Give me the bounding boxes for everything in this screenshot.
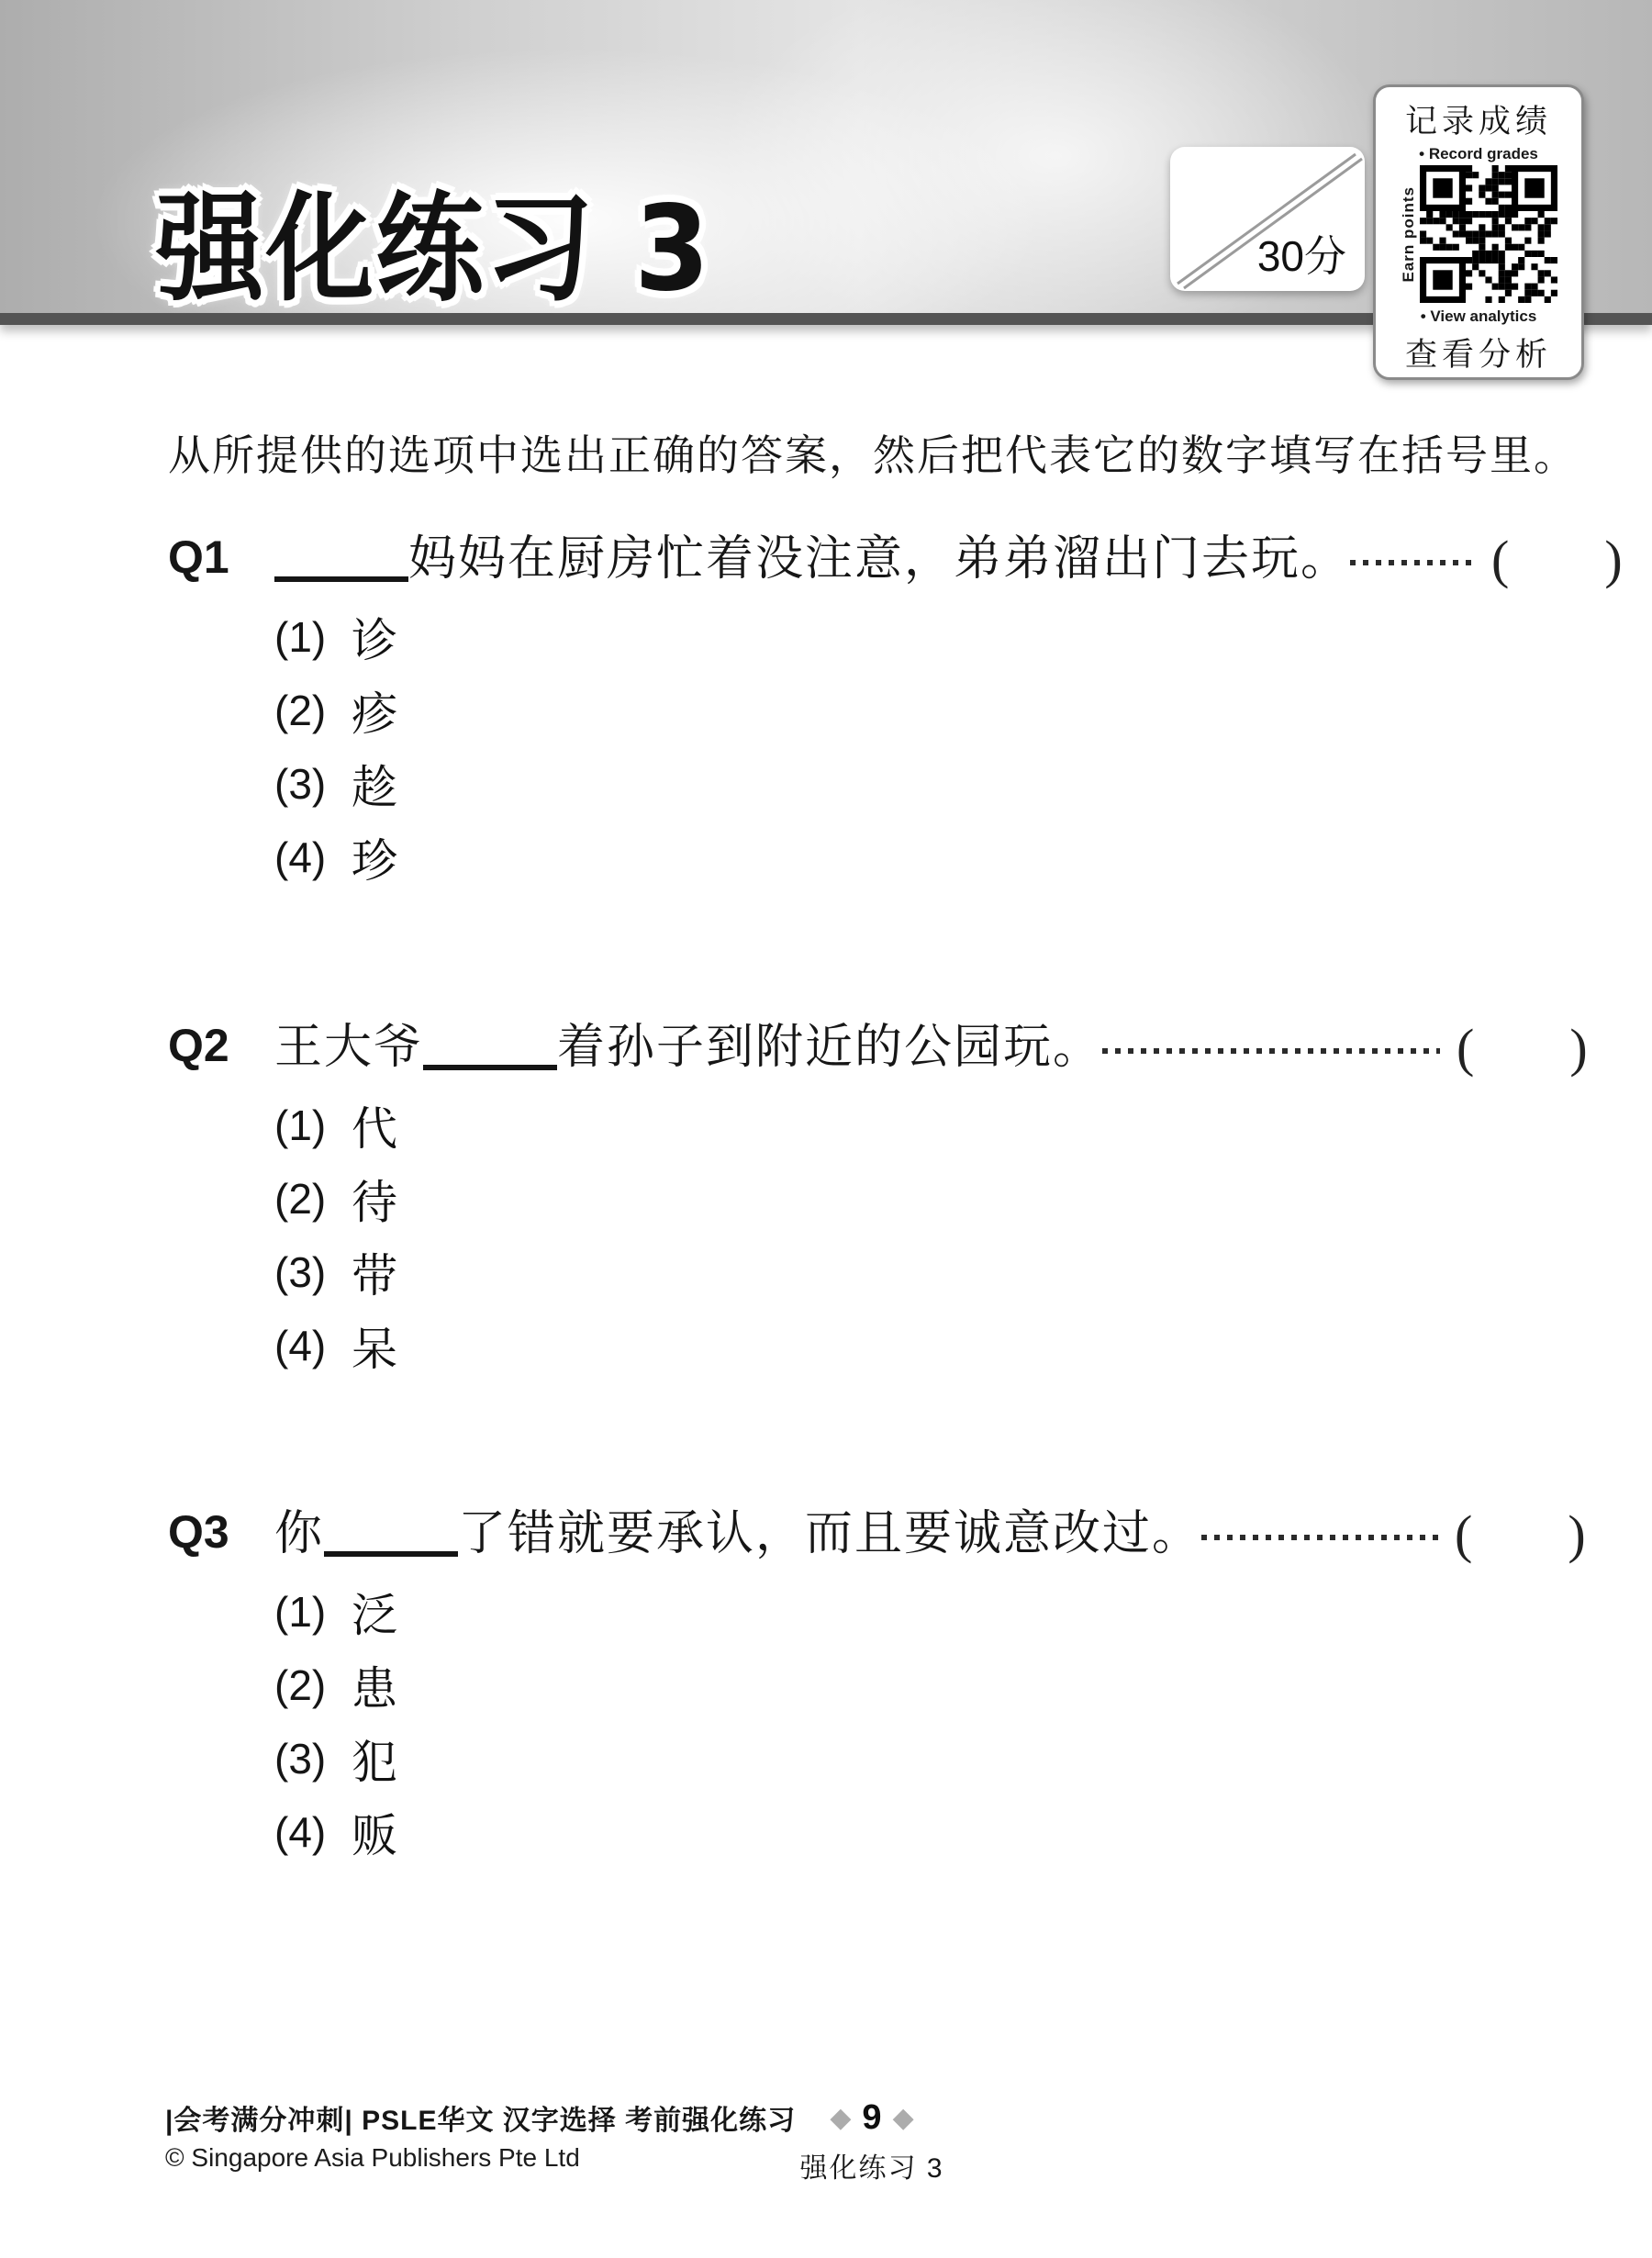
option-number: (3) [274,759,352,809]
options-list: (1) 代 (2) 待 (3) 带 (4) 呆 [274,1101,1560,1369]
option-number: (4) [274,833,352,882]
option-row: (2) 疹 [274,687,1560,734]
question-label: Q1 [168,531,274,584]
question-post-text: 妈妈在厨房忙着没注意，弟弟溜出门去玩。 [408,533,1350,586]
option-row: (4) 贩 [274,1808,1560,1856]
paren-close: ) [1569,1019,1587,1078]
option-character: 贩 [352,1799,397,1865]
qr-label-earn-points: Earn points [1400,186,1418,283]
footer-series-title: |会考满分冲刺| PSLE华文 汉字选择 考前强化练习 [165,2097,796,2138]
option-number: (2) [274,1174,352,1224]
option-number: (1) [274,1587,352,1637]
footer-copyright: © Singapore Asia Publishers Pte Ltd [165,2143,796,2173]
option-number: (4) [274,1321,352,1370]
answer-gap [1472,1505,1568,1564]
dotted-leader [1102,1048,1440,1054]
blank-underline [324,1505,458,1557]
page-title: 强化练习 3 [156,154,711,323]
option-character: 诊 [352,604,397,670]
instruction-text: 从所提供的选项中选出正确的答案，然后把代表它的数字填写在括号里。 [168,422,1578,483]
diamond-icon: ◆ [893,2102,914,2134]
blank-underline [423,1019,557,1070]
option-character: 呆 [352,1313,397,1379]
qr-code-icon [1420,165,1557,303]
footer-page-label: 强化练习 3 [753,2145,991,2185]
option-number: (1) [274,612,352,662]
qr-label-record-grades-zh: 记录成绩 [1405,96,1552,142]
option-row: (4) 珍 [274,833,1560,881]
option-number: (2) [274,1660,352,1710]
option-character: 代 [352,1092,397,1158]
question-text: 你了错就要承认，而且要诚意改过。 [274,1505,1201,1564]
footer: |会考满分冲刺| PSLE华文 汉字选择 考前强化练习 © Singapore … [165,2097,796,2173]
option-row: (3) 带 [274,1248,1560,1296]
option-row: (2) 患 [274,1661,1560,1709]
option-number: (4) [274,1807,352,1857]
qr-label-view-analytics-en: • View analytics [1421,307,1537,326]
qr-panel: 记录成绩 • Record grades Earn points • View … [1373,84,1584,380]
score-box: 30分 [1170,147,1365,291]
question-text: 妈妈在厨房忙着没注意，弟弟溜出门去玩。 [274,531,1350,589]
question-pre-text: 你 [274,1508,324,1560]
option-character: 患 [352,1652,397,1718]
option-row: (3) 趁 [274,760,1560,808]
answer-brackets: ( ) [1455,1505,1586,1564]
question-block-q2: Q2 王大爷着孙子到附近的公园玩。 ( ) (1) 代 (2) 待 (3) 带 [168,1019,1560,1395]
qr-label-view-analytics-zh: 查看分析 [1405,330,1552,375]
option-character: 珍 [352,824,397,890]
question-post-text: 着孙子到附近的公园玩。 [557,1022,1102,1074]
diamond-icon: ◆ [830,2102,851,2134]
options-list: (1) 泛 (2) 患 (3) 犯 (4) 贩 [274,1588,1560,1856]
question-block-q1: Q1 妈妈在厨房忙着没注意，弟弟溜出门去玩。 ( ) (1) 诊 (2) 疹 (… [168,531,1560,907]
dotted-leader [1350,560,1475,565]
answer-brackets: ( ) [1457,1019,1588,1078]
question-text: 王大爷着孙子到附近的公园玩。 [274,1019,1102,1078]
option-row: (2) 待 [274,1175,1560,1223]
option-row: (1) 代 [274,1101,1560,1149]
paren-close: ) [1568,1505,1585,1564]
answer-brackets: ( ) [1491,531,1623,589]
option-number: (3) [274,1734,352,1783]
option-row: (3) 犯 [274,1735,1560,1783]
option-row: (4) 呆 [274,1322,1560,1369]
question-label: Q2 [168,1019,274,1072]
paren-open: ( [1457,1019,1474,1078]
options-list: (1) 诊 (2) 疹 (3) 趁 (4) 珍 [274,613,1560,881]
option-character: 泛 [352,1579,397,1645]
option-row: (1) 泛 [274,1588,1560,1636]
option-number: (2) [274,686,352,735]
score-value: 30分 [1257,223,1346,284]
question-label: Q3 [168,1505,274,1559]
paren-open: ( [1491,531,1509,589]
blank-underline [274,531,408,582]
page-number: 9 [862,2098,881,2138]
option-character: 犯 [352,1726,397,1792]
option-number: (1) [274,1101,352,1150]
paren-open: ( [1455,1505,1472,1564]
workbook-page: 强化练习 3 30分 记录成绩 • Record grades Earn poi… [0,0,1652,2258]
qr-label-record-grades-en: • Record grades [1419,145,1538,163]
option-character: 带 [352,1239,397,1305]
question-post-text: 了错就要承认，而且要诚意改过。 [458,1508,1201,1560]
option-character: 趁 [352,751,397,817]
option-character: 待 [352,1166,397,1232]
answer-gap [1474,1019,1569,1078]
option-character: 疹 [352,677,397,743]
answer-gap [1509,531,1604,589]
question-block-q3: Q3 你了错就要承认，而且要诚意改过。 ( ) (1) 泛 (2) 患 (3) … [168,1505,1560,1882]
option-number: (3) [274,1247,352,1297]
page-number-block: ◆ 9 ◆ 强化练习 3 [753,2098,991,2185]
option-row: (1) 诊 [274,613,1560,661]
dotted-leader [1201,1535,1438,1540]
paren-close: ) [1604,531,1622,589]
question-pre-text: 王大爷 [274,1022,423,1074]
